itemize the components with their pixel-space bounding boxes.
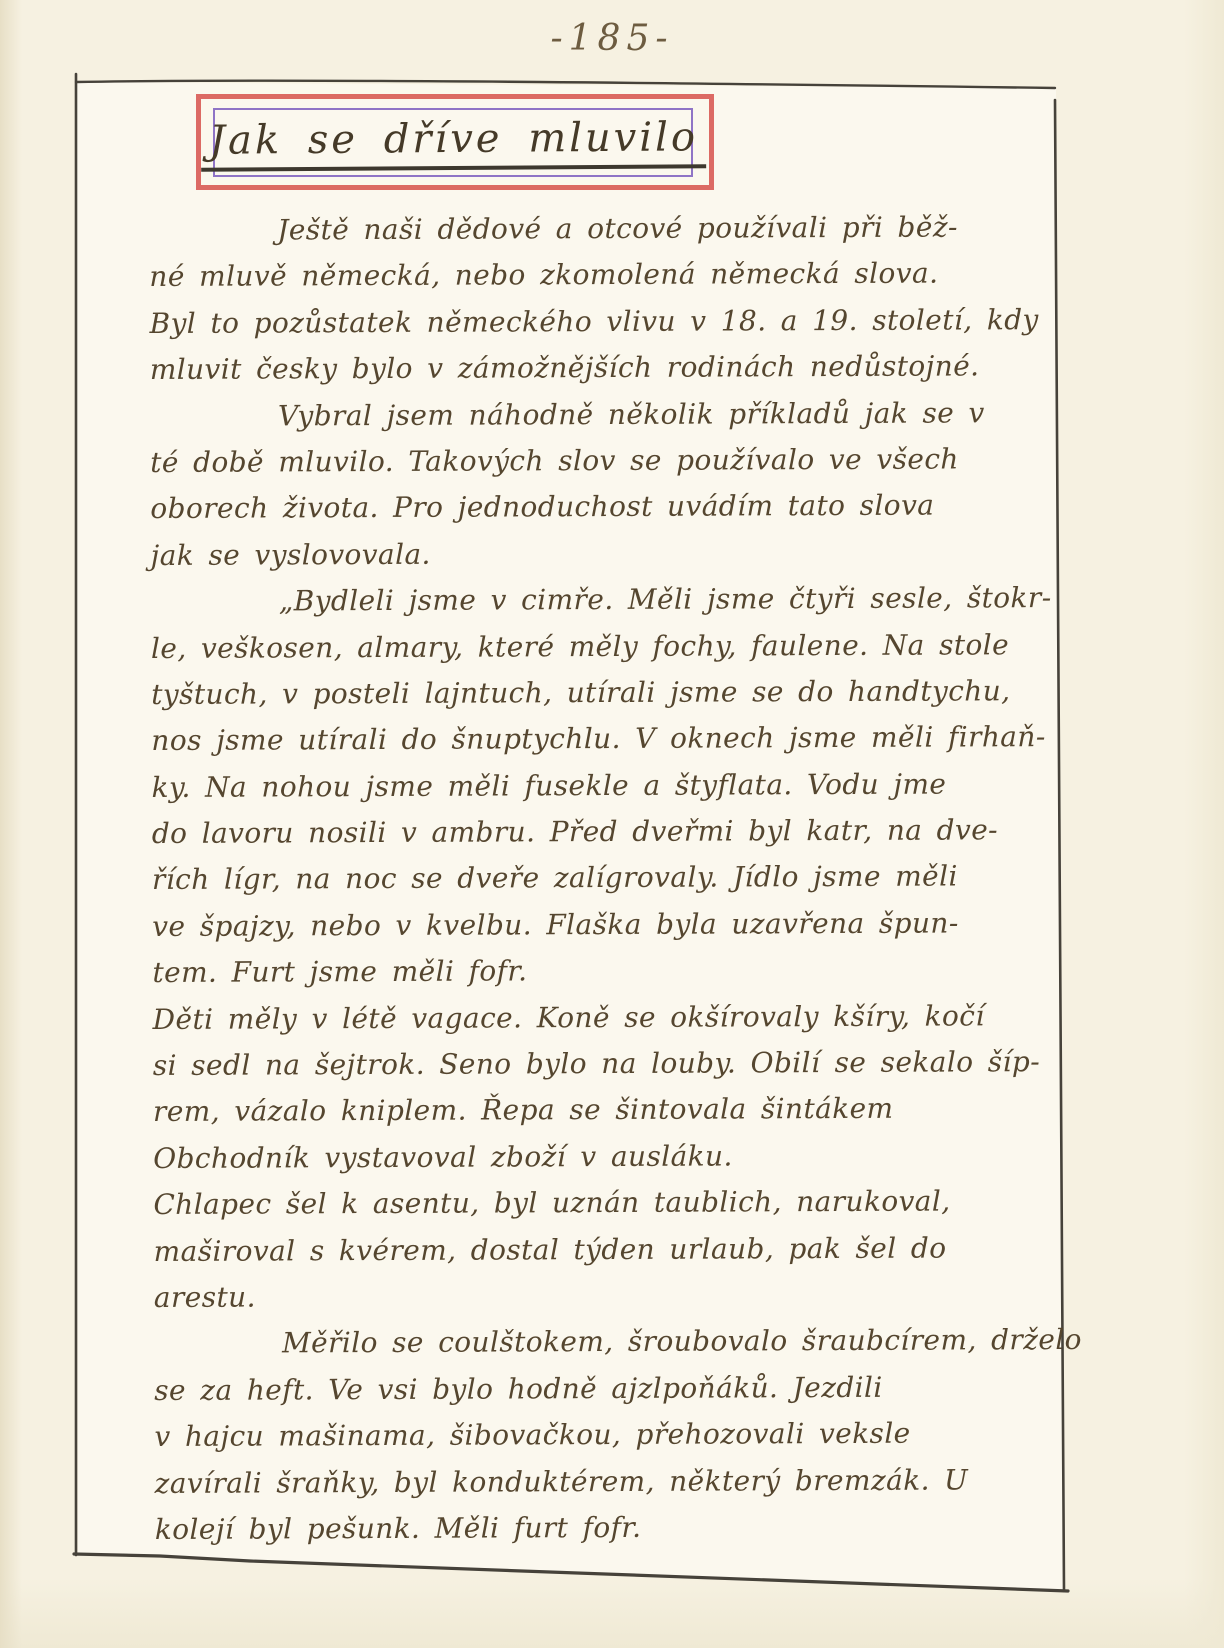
text-line: v hajcu mašinama, šibovačkou, přehozoval… [154, 1410, 1066, 1460]
text-line: Ještě naši dědové a otcové používali při… [149, 204, 1061, 254]
text-line: Chlapec šel k asentu, byl uznán taublich… [153, 1178, 1065, 1228]
text-line: nos jsme utírali do šnuptychlu. V oknech… [151, 714, 1063, 764]
text-line: jak se vyslovovala. [150, 529, 1062, 579]
text-line: le, veškosen, almary, které měly fochy, … [151, 622, 1063, 672]
text-line: Děti měly v létě vagace. Koně se okšírov… [153, 993, 1065, 1043]
scanned-manuscript-page: { "page": { "number": "-185-", "title": … [0, 0, 1224, 1648]
text-line: né mluvě německá, nebo zkomolená německá… [149, 250, 1061, 300]
text-line: ve špajzy, nebo v kvelbu. Flaška byla uz… [152, 900, 1064, 950]
text-line: rem, vázalo kniplem. Řepa se šintovala š… [153, 1085, 1065, 1135]
text-line: Byl to pozůstatek německého vlivu v 18. … [149, 297, 1061, 347]
text-line: do lavoru nosili v ambru. Před dveřmi by… [152, 807, 1064, 857]
text-line: oborech života. Pro jednoduchost uvádím … [150, 482, 1062, 532]
text-line: Obchodník vystavoval zboží v ausláku. [153, 1132, 1065, 1182]
text-line: ky. Na nohou jsme měli fusekle a štyflat… [151, 761, 1063, 811]
page-title: Jak se dříve mluvilo [200, 114, 705, 172]
text-line: Vybral jsem náhodně několik příkladů jak… [150, 390, 1062, 440]
text-line: si sedl na šejtrok. Seno bylo na louby. … [153, 1039, 1065, 1089]
title-red-box: Jak se dříve mluvilo [196, 94, 714, 190]
text-line: zavírali šraňky, byl konduktérem, někter… [155, 1457, 1067, 1507]
text-line: tem. Furt jsme měli fofr. [152, 946, 1064, 996]
text-line: „Bydleli jsme v cimře. Měli jsme čtyři s… [151, 575, 1063, 625]
text-line: maširoval s kvérem, dostal týden urlaub,… [154, 1225, 1066, 1275]
text-line: se za heft. Ve vsi bylo hodně ajzlpoňáků… [154, 1364, 1066, 1414]
text-line: mluvit česky bylo v zámožnějších rodinác… [150, 343, 1062, 393]
text-line: kolejí byl pešunk. Měli furt fofr. [155, 1503, 1067, 1553]
handwritten-text: Ještě naši dědové a otcové používali při… [149, 204, 1067, 1553]
text-line: tyštuch, v posteli lajntuch, utírali jsm… [151, 668, 1063, 718]
text-line: řích lígr, na noc se dveře zalígrovaly. … [152, 853, 1064, 903]
title-purple-box: Jak se dříve mluvilo [213, 108, 693, 177]
text-line: té době mluvilo. Takových slov se použív… [150, 436, 1062, 486]
text-line: arestu. [154, 1271, 1066, 1321]
text-line: Měřilo se coulštokem, šroubovalo šraubcí… [154, 1317, 1066, 1367]
